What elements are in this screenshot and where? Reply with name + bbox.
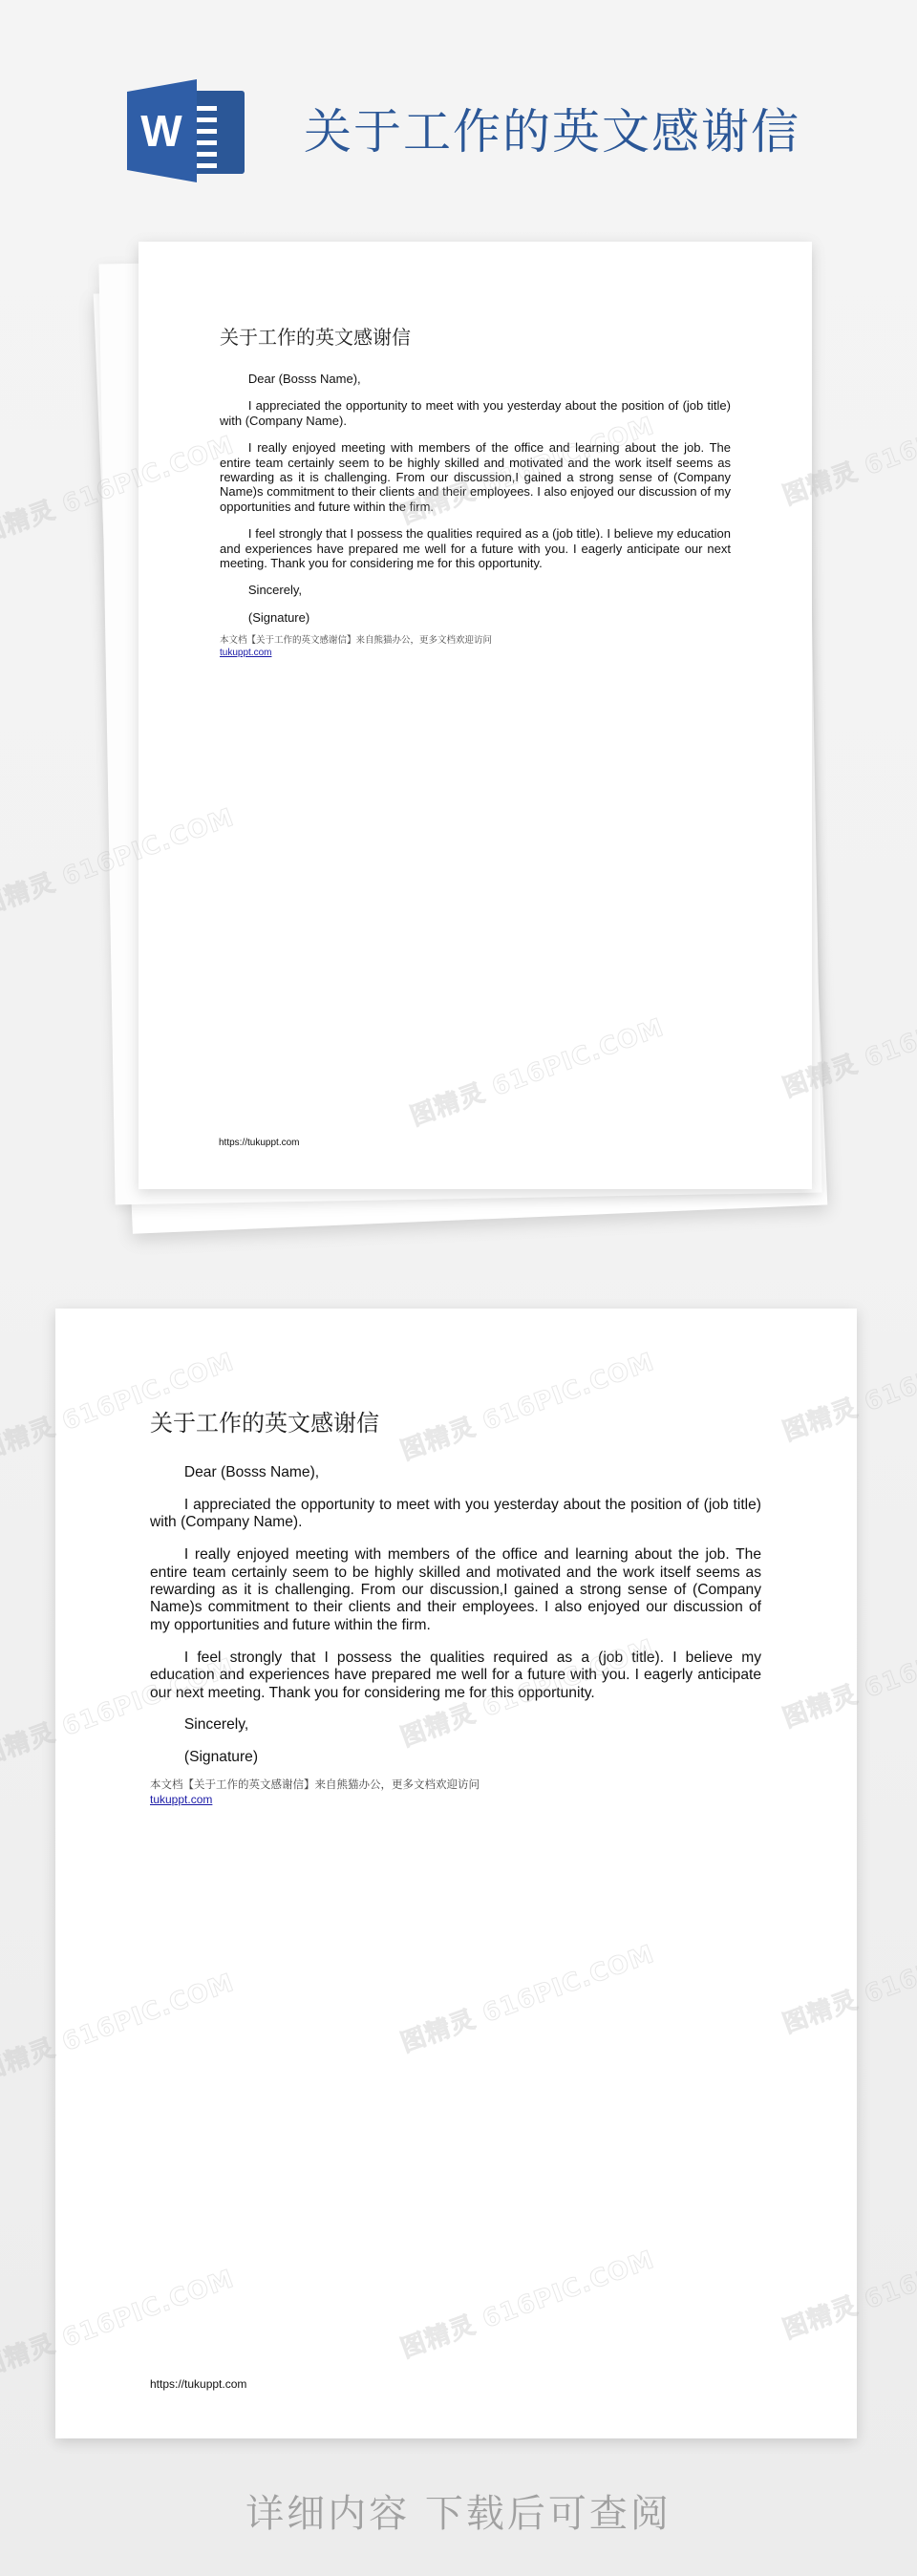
download-cta-text: 详细内容 下载后可查阅 xyxy=(0,2483,917,2538)
paragraph-2: I really enjoyed meeting with members of… xyxy=(150,1546,761,1634)
word-icon-letter: W xyxy=(137,108,186,154)
paragraph-3: I feel strongly that I possess the quali… xyxy=(150,1650,761,1702)
paragraph-2: I really enjoyed meeting with members of… xyxy=(220,440,731,514)
closing: Sincerely, xyxy=(220,583,731,597)
paragraph-1: I appreciated the opportunity to meet wi… xyxy=(150,1497,761,1532)
microsoft-word-icon: W xyxy=(127,79,245,182)
document-title: 关于工作的英文感谢信 xyxy=(150,1407,761,1439)
header: W 关于工作的英文感谢信 xyxy=(0,0,917,220)
greeting: Dear (Bosss Name), xyxy=(220,372,731,386)
document-body: 关于工作的英文感谢信 Dear (Bosss Name), I apprecia… xyxy=(150,1407,761,1807)
document-body: 关于工作的英文感谢信 Dear (Bosss Name), I apprecia… xyxy=(220,324,731,659)
document-preview-page-2: 关于工作的英文感谢信 Dear (Bosss Name), I apprecia… xyxy=(55,1309,857,2438)
source-link[interactable]: tukuppt.com xyxy=(150,1792,761,1807)
signature: (Signature) xyxy=(150,1749,761,1766)
source-note: 本文档【关于工作的英文感谢信】来自熊猫办公，更多文档欢迎访问 xyxy=(220,634,731,647)
signature: (Signature) xyxy=(220,610,731,625)
document-title: 关于工作的英文感谢信 xyxy=(220,324,731,351)
document-preview-page-1: 关于工作的英文感谢信 Dear (Bosss Name), I apprecia… xyxy=(139,242,812,1189)
closing: Sincerely, xyxy=(150,1716,761,1734)
paragraph-1: I appreciated the opportunity to meet wi… xyxy=(220,398,731,428)
greeting: Dear (Bosss Name), xyxy=(150,1464,761,1481)
page-title: 关于工作的英文感谢信 xyxy=(304,97,800,166)
source-link[interactable]: tukuppt.com xyxy=(220,647,731,659)
footer-url: https://tukuppt.com xyxy=(150,2377,246,2391)
paragraph-3: I feel strongly that I possess the quali… xyxy=(220,526,731,570)
footer-url: https://tukuppt.com xyxy=(219,1138,300,1148)
source-note: 本文档【关于工作的英文感谢信】来自熊猫办公，更多文档欢迎访问 xyxy=(150,1778,761,1792)
